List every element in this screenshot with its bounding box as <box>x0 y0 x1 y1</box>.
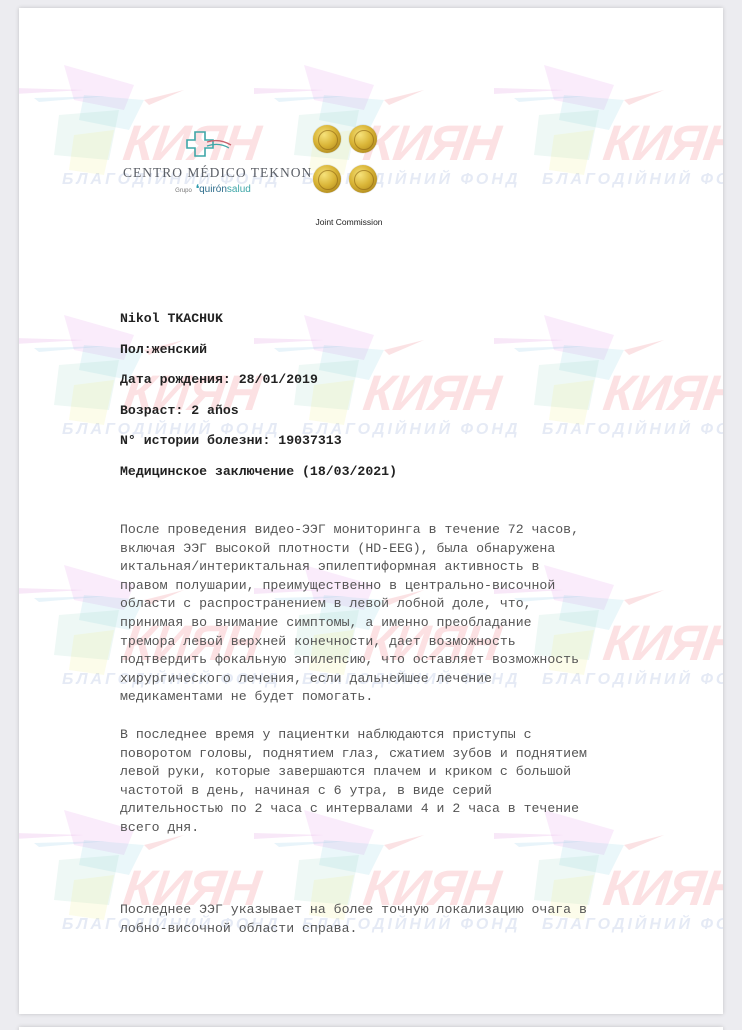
group-brand-a: quirón <box>199 184 227 195</box>
clinic-group: Grupo❛quirónsalud <box>123 184 303 195</box>
watermark-brand: КИЯН <box>600 118 723 168</box>
sex-label: Пол: <box>120 342 152 357</box>
age-value: 2 años <box>191 403 238 418</box>
kiyan-watermark: КИЯНБЛАГОДІЙНИЙ ФОНД <box>494 310 723 460</box>
patient-age: Возраст: 2 años <box>120 402 397 433</box>
report-title: Медицинское заключение (18/03/2021) <box>120 463 397 494</box>
age-label: Возраст: <box>120 403 183 418</box>
patient-dob: Дата рождения: 28/01/2019 <box>120 371 397 402</box>
record-label: N° истории болезни: <box>120 433 270 448</box>
clinic-name: CENTRO MÉDICO TEKNON <box>123 165 303 181</box>
gold-seal-icon <box>313 165 341 193</box>
group-brand-b: salud <box>227 184 251 195</box>
group-prefix: Grupo <box>175 188 192 194</box>
dob-value: 28/01/2019 <box>239 372 318 387</box>
joint-commission-badges: Joint Commission <box>304 123 394 233</box>
medical-cross-icon <box>123 128 303 164</box>
record-value: 19037313 <box>278 433 341 448</box>
watermark-subtitle: БЛАГОДІЙНИЙ ФОНД <box>542 172 723 188</box>
gold-seal-icon <box>349 125 377 153</box>
dob-label: Дата рождения: <box>120 372 231 387</box>
gold-seal-icon <box>313 125 341 153</box>
symptoms-paragraph: В последнее время у пациентки наблюдаютс… <box>120 726 680 838</box>
patient-name: Nikol TKACHUK <box>120 310 397 341</box>
conclusion-paragraph: Последнее ЭЭГ указывает на более точную … <box>120 901 680 938</box>
patient-info: Nikol TKACHUK Пол:женский Дата рождения:… <box>120 310 397 493</box>
kiyan-watermark: КИЯНБЛАГОДІЙНИЙ ФОНД <box>494 60 723 210</box>
watermark-subtitle: БЛАГОДІЙНИЙ ФОНД <box>542 422 723 438</box>
accreditation-label: Joint Commission <box>304 217 394 227</box>
findings-paragraph: После проведения видео-ЭЭГ мониторинга в… <box>120 521 680 707</box>
document-page: КИЯНБЛАГОДІЙНИЙ ФОНДКИЯНБЛАГОДІЙНИЙ ФОНД… <box>19 8 723 1014</box>
watermark-brand: КИЯН <box>600 368 723 418</box>
patient-record: N° истории болезни: 19037313 <box>120 432 397 463</box>
clinic-logo: CENTRO MÉDICO TEKNON Grupo❛quirónsalud <box>123 128 303 198</box>
sex-value: женский <box>152 342 207 357</box>
patient-sex: Пол:женский <box>120 341 397 372</box>
gold-seal-icon <box>349 165 377 193</box>
